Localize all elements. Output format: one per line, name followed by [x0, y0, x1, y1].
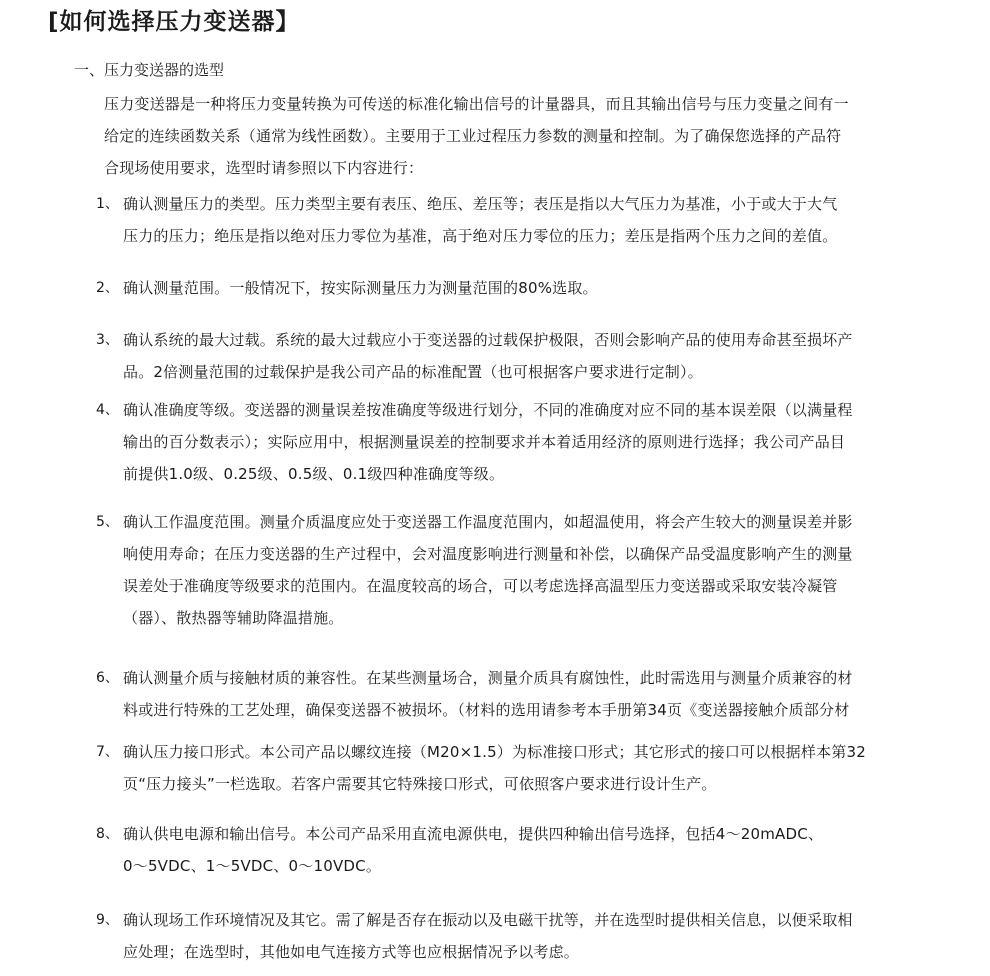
text-line: 确认测量压力的类型。压力类型主要有表压、绝压、差压等；表压是指以大气压力为基准，… — [123, 188, 837, 220]
list-item: 2、确认测量范围。一般情况下，按实际测量压力为测量范围的80%选取。 — [96, 272, 990, 304]
list-item: 7、确认压力接口形式。本公司产品以螺纹连接（M20×1.5）为标准接口形式；其它… — [96, 736, 990, 800]
item-number: 4、 — [96, 394, 123, 490]
section-marker: 一、 — [74, 60, 104, 80]
text-line: 压力的压力；绝压是指以绝对压力零位为基准，高于绝对压力零位的压力；差压是指两个压… — [123, 220, 837, 252]
text-line: 误差处于准确度等级要求的范围内。在温度较高的场合，可以考虑选择高温型压力变送器或… — [123, 570, 853, 602]
item-text: 确认测量介质与接触材质的兼容性。在某些测量场合，测量介质具有腐蚀性，此时需选用与… — [123, 662, 853, 726]
text-line: 确认现场工作环境情况及其它。需了解是否存在振动以及电磁干扰等，并在选型时提供相关… — [123, 904, 853, 936]
text-line: 确认准确度等级。变送器的测量误差按准确度等级进行划分，不同的准确度对应不同的基本… — [123, 394, 853, 426]
text-line: （器）、散热器等辅助降温措施。 — [123, 602, 853, 634]
item-number: 3、 — [96, 324, 123, 388]
selection-steps-list: 1、确认测量压力的类型。压力类型主要有表压、绝压、差压等；表压是指以大气压力为基… — [0, 188, 990, 968]
list-item: 4、确认准确度等级。变送器的测量误差按准确度等级进行划分，不同的准确度对应不同的… — [96, 394, 990, 490]
intro-line: 给定的连续函数关系（通常为线性函数）。主要用于工业过程压力参数的测量和控制。为了… — [104, 120, 990, 152]
text-line: 输出的百分数表示）；实际应用中，根据测量误差的控制要求并本着适用经济的原则进行选… — [123, 426, 853, 458]
list-item: 8、确认供电电源和输出信号。本公司产品采用直流电源供电，提供四种输出信号选择，包… — [96, 818, 990, 882]
list-item: 9、确认现场工作环境情况及其它。需了解是否存在振动以及电磁干扰等，并在选型时提供… — [96, 904, 990, 968]
item-text: 确认测量范围。一般情况下，按实际测量压力为测量范围的80%选取。 — [123, 272, 598, 304]
intro-line: 合现场使用要求，选型时请参照以下内容进行： — [104, 152, 990, 184]
item-text: 确认压力接口形式。本公司产品以螺纹连接（M20×1.5）为标准接口形式；其它形式… — [123, 736, 866, 800]
item-text: 确认测量压力的类型。压力类型主要有表压、绝压、差压等；表压是指以大气压力为基准，… — [123, 188, 837, 252]
text-line: 确认测量范围。一般情况下，按实际测量压力为测量范围的80%选取。 — [123, 272, 598, 304]
text-line: 0～5VDC、1～5VDC、0～10VDC。 — [123, 850, 823, 882]
intro-line: 压力变送器是一种将压力变量转换为可传送的标准化输出信号的计量器具，而且其输出信号… — [104, 88, 990, 120]
item-number: 8、 — [96, 818, 123, 882]
text-line: 确认工作温度范围。测量介质温度应处于变送器工作温度范围内，如超温使用，将会产生较… — [123, 506, 853, 538]
item-text: 确认现场工作环境情况及其它。需了解是否存在振动以及电磁干扰等，并在选型时提供相关… — [123, 904, 853, 968]
item-number: 7、 — [96, 736, 123, 800]
text-line: 页“压力接头”一栏选取。若客户需要其它特殊接口形式，可依照客户要求进行设计生产。 — [123, 768, 866, 800]
section-title: 压力变送器的选型 — [104, 61, 224, 79]
page-title: [如何选择压力变送器】 — [48, 8, 990, 36]
item-text: 确认系统的最大过载。系统的最大过载应小于变送器的过载保护极限，否则会影响产品的使… — [123, 324, 853, 388]
item-number: 9、 — [96, 904, 123, 968]
text-line: 确认测量介质与接触材质的兼容性。在某些测量场合，测量介质具有腐蚀性，此时需选用与… — [123, 662, 853, 694]
intro-paragraph: 压力变送器是一种将压力变量转换为可传送的标准化输出信号的计量器具，而且其输出信号… — [104, 88, 990, 184]
item-text: 确认工作温度范围。测量介质温度应处于变送器工作温度范围内，如超温使用，将会产生较… — [123, 506, 853, 634]
list-item: 3、确认系统的最大过载。系统的最大过载应小于变送器的过载保护极限，否则会影响产品… — [96, 324, 990, 388]
list-item: 6、确认测量介质与接触材质的兼容性。在某些测量场合，测量介质具有腐蚀性，此时需选… — [96, 662, 990, 726]
item-text: 确认准确度等级。变送器的测量误差按准确度等级进行划分，不同的准确度对应不同的基本… — [123, 394, 853, 490]
text-line: 确认供电电源和输出信号。本公司产品采用直流电源供电，提供四种输出信号选择，包括4… — [123, 818, 823, 850]
text-line: 确认系统的最大过载。系统的最大过载应小于变送器的过载保护极限，否则会影响产品的使… — [123, 324, 853, 356]
item-number: 5、 — [96, 506, 123, 634]
text-line: 确认压力接口形式。本公司产品以螺纹连接（M20×1.5）为标准接口形式；其它形式… — [123, 736, 866, 768]
item-number: 2、 — [96, 272, 123, 304]
list-item: 1、确认测量压力的类型。压力类型主要有表压、绝压、差压等；表压是指以大气压力为基… — [96, 188, 990, 252]
text-line: 品。2倍测量范围的过载保护是我公司产品的标准配置（也可根据客户要求进行定制）。 — [123, 356, 853, 388]
text-line: 应处理；在选型时，其他如电气连接方式等也应根据情况予以考虑。 — [123, 936, 853, 968]
item-text: 确认供电电源和输出信号。本公司产品采用直流电源供电，提供四种输出信号选择，包括4… — [123, 818, 823, 882]
text-line: 前提供1.0级、0.25级、0.5级、0.1级四种准确度等级。 — [123, 458, 853, 490]
text-line: 响使用寿命；在压力变送器的生产过程中，会对温度影响进行测量和补偿，以确保产品受温… — [123, 538, 853, 570]
list-item: 5、确认工作温度范围。测量介质温度应处于变送器工作温度范围内，如超温使用，将会产… — [96, 506, 990, 634]
document-page: [如何选择压力变送器】 一、压力变送器的选型 压力变送器是一种将压力变量转换为可… — [0, 0, 990, 976]
section-heading: 一、压力变送器的选型 — [74, 60, 990, 80]
text-line: 料或进行特殊的工艺处理，确保变送器不被损坏。（材料的选用请参考本手册第34页《变… — [123, 694, 853, 726]
item-number: 1、 — [96, 188, 123, 252]
item-number: 6、 — [96, 662, 123, 726]
